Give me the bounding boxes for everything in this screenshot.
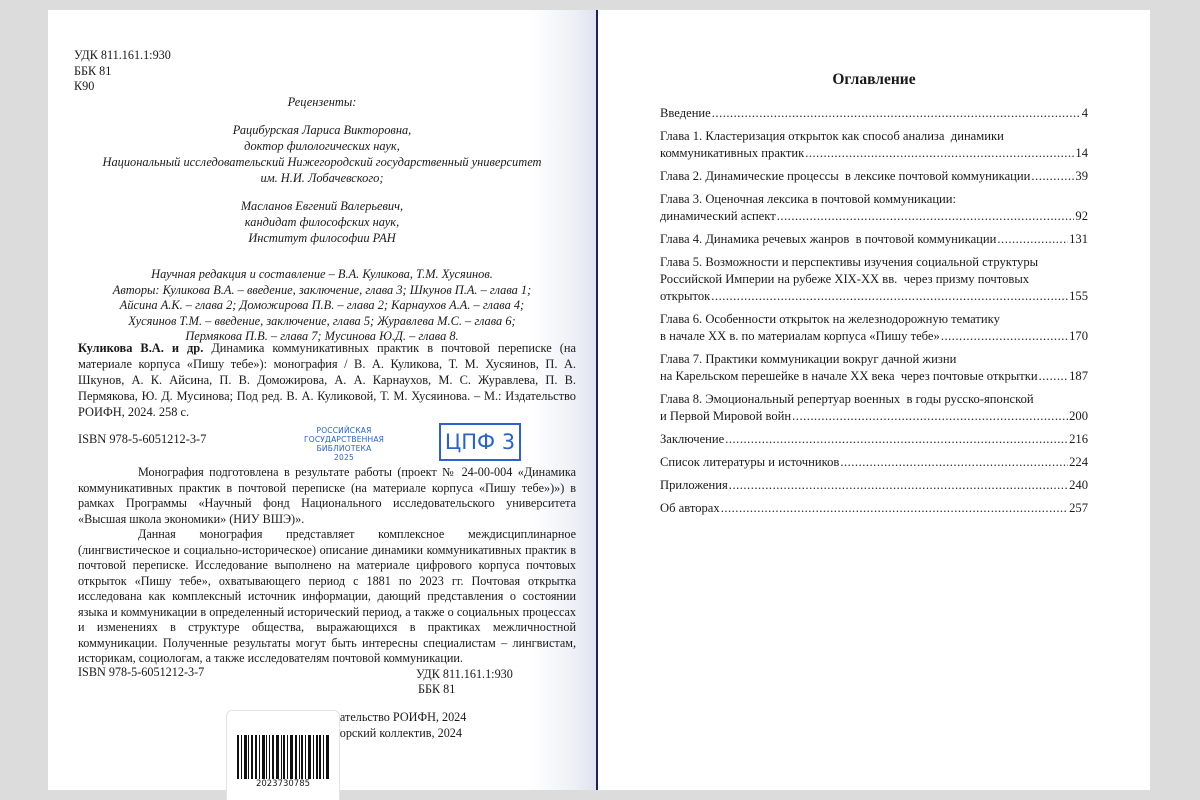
toc-entry[interactable]: Список литературы и источников224 xyxy=(660,454,1088,471)
toc-leader-dots xyxy=(729,477,1068,494)
biblio-authors: Куликова В.А. и др. xyxy=(78,341,203,355)
toc-entry[interactable]: Приложения240 xyxy=(660,477,1088,494)
reviewer-2-name: Масланов Евгений Валерьевич, xyxy=(48,198,596,214)
toc-leader-dots xyxy=(1031,168,1074,185)
footer-codes: УДК 811.161.1:930 ББК 81 xyxy=(416,667,513,697)
barcode-sticker: 2023730785 xyxy=(226,710,340,800)
toc-page-number: 216 xyxy=(1069,431,1088,448)
toc-entry[interactable]: Введение4 xyxy=(660,105,1088,122)
toc-entry-title-line: Глава 3. Оценочная лексика в почтовой ко… xyxy=(660,191,1088,208)
toc-entry-title: динамический аспект xyxy=(660,208,776,225)
toc-entry[interactable]: Об авторах257 xyxy=(660,500,1088,517)
toc-entry[interactable]: Глава 1. Кластеризация открыток как спос… xyxy=(660,128,1088,162)
credits-line: Хусяинов Т.М. – введение, заключение, гл… xyxy=(48,314,596,330)
toc-leader-dots xyxy=(711,288,1068,305)
isbn: ISBN 978-5-6051212-3-7 xyxy=(78,432,206,446)
toc-leader-dots xyxy=(840,454,1068,471)
annotation: Монография подготовлена в результате раб… xyxy=(78,465,576,667)
barcode-icon xyxy=(237,735,329,779)
toc-page-number: 155 xyxy=(1069,288,1088,305)
toc-entry[interactable]: Глава 7. Практики коммуникации вокруг да… xyxy=(660,351,1088,385)
toc-leader-dots xyxy=(777,208,1075,225)
toc-entry-title: Приложения xyxy=(660,477,728,494)
toc-leader-dots xyxy=(792,408,1068,425)
stamp-year: 2025 xyxy=(298,453,390,462)
reviewer-1-org: Национальный исследовательский Нижегород… xyxy=(48,154,596,170)
left-page-copyright: УДК 811.161.1:930 ББК 81 К90 Рецензенты:… xyxy=(48,10,596,790)
toc-entry-title: Об авторах xyxy=(660,500,720,517)
toc-page-number: 170 xyxy=(1069,328,1088,345)
stamp-line: БИБЛИОТЕКА xyxy=(298,444,390,453)
toc-leader-dots xyxy=(725,431,1068,448)
reviewer-1-degree: доктор филологических наук, xyxy=(48,138,596,154)
reviewer-2-degree: кандидат философских наук, xyxy=(48,214,596,230)
toc-leader-dots xyxy=(997,231,1068,248)
toc-page-number: 187 xyxy=(1069,368,1088,385)
toc-page-number: 131 xyxy=(1069,231,1088,248)
barcode-number: 2023730785 xyxy=(227,779,339,789)
toc-entry-title: на Карельском перешейке в начале XX века… xyxy=(660,368,1038,385)
bbk-code: ББК 81 xyxy=(74,64,171,80)
reviewer-2: Масланов Евгений Валерьевич, кандидат фи… xyxy=(48,198,596,246)
reviewer-1-org-cont: им. Н.И. Лобачевского; xyxy=(48,170,596,186)
table-of-contents: Введение4Глава 1. Кластеризация открыток… xyxy=(660,105,1088,523)
reviewer-1: Рацибурская Лариса Викторовна, доктор фи… xyxy=(48,122,596,186)
footer-udk: УДК 811.161.1:930 xyxy=(416,667,513,682)
classification-codes: УДК 811.161.1:930 ББК 81 К90 xyxy=(74,48,171,95)
authors-credits: Научная редакция и составление – В.А. Ку… xyxy=(48,267,596,345)
footer-bbk: ББК 81 xyxy=(416,682,513,697)
toc-page-number: 92 xyxy=(1075,208,1088,225)
toc-leader-dots xyxy=(712,105,1081,122)
toc-entry-title-line: Глава 7. Практики коммуникации вокруг да… xyxy=(660,351,1088,368)
toc-entry-title-line: Глава 8. Эмоциональный репертуар военных… xyxy=(660,391,1088,408)
toc-page-number: 39 xyxy=(1075,168,1088,185)
toc-entry-title: Заключение xyxy=(660,431,724,448)
toc-entry-title-line: Глава 5. Возможности и перспективы изуче… xyxy=(660,254,1088,271)
toc-title: Оглавление xyxy=(598,71,1150,89)
toc-entry-title: в начале XX в. по материалам корпуса «Пи… xyxy=(660,328,940,345)
toc-entry-title-line: Глава 6. Особенности открыток на железно… xyxy=(660,311,1088,328)
right-page-contents: Оглавление Введение4Глава 1. Кластеризац… xyxy=(598,10,1150,790)
toc-entry[interactable]: Заключение216 xyxy=(660,431,1088,448)
toc-entry[interactable]: Глава 6. Особенности открыток на железно… xyxy=(660,311,1088,345)
toc-entry-title: Глава 4. Динамика речевых жанров в почто… xyxy=(660,231,996,248)
footer-isbn: ISBN 978-5-6051212-3-7 xyxy=(78,665,204,679)
toc-entry-title: Глава 2. Динамические процессы в лексике… xyxy=(660,168,1030,185)
stamp-line: ГОСУДАРСТВЕННАЯ xyxy=(298,435,390,444)
toc-entry[interactable]: Глава 5. Возможности и перспективы изуче… xyxy=(660,254,1088,305)
annotation-funding: Монография подготовлена в результате раб… xyxy=(78,465,576,527)
cpf-stamp: ЦПФ 3 xyxy=(439,423,521,461)
toc-leader-dots xyxy=(805,145,1074,162)
toc-entry-title: открыток xyxy=(660,288,710,305)
toc-entry-title: Список литературы и источников xyxy=(660,454,839,471)
credits-line: Авторы: Куликова В.А. – введение, заключ… xyxy=(48,283,596,299)
library-stamp: РОССИЙСКАЯ ГОСУДАРСТВЕННАЯ БИБЛИОТЕКА 20… xyxy=(298,426,390,462)
toc-leader-dots xyxy=(941,328,1068,345)
reviewer-2-org: Институт философии РАН xyxy=(48,230,596,246)
toc-leader-dots xyxy=(1039,368,1068,385)
toc-entry[interactable]: Глава 2. Динамические процессы в лексике… xyxy=(660,168,1088,185)
stamp-line: РОССИЙСКАЯ xyxy=(298,426,390,435)
reviewer-1-name: Рацибурская Лариса Викторовна, xyxy=(48,122,596,138)
reviewers-heading: Рецензенты: xyxy=(48,94,596,110)
annotation-abstract: Данная монография представляет комплексн… xyxy=(78,527,576,667)
toc-entry-title-line: Российской Империи на рубеже XIX-XX вв. … xyxy=(660,271,1088,288)
bibliographic-record: Куликова В.А. и др. Динамика коммуникати… xyxy=(78,340,576,420)
toc-entry[interactable]: Глава 8. Эмоциональный репертуар военных… xyxy=(660,391,1088,425)
credits-line: Айсина А.К. – глава 2; Доможирова П.В. –… xyxy=(48,298,596,314)
udk-code: УДК 811.161.1:930 xyxy=(74,48,171,64)
toc-entry[interactable]: Глава 4. Динамика речевых жанров в почто… xyxy=(660,231,1088,248)
toc-page-number: 224 xyxy=(1069,454,1088,471)
toc-page-number: 240 xyxy=(1069,477,1088,494)
credits-line: Научная редакция и составление – В.А. Ку… xyxy=(48,267,596,283)
toc-page-number: 257 xyxy=(1069,500,1088,517)
toc-page-number: 200 xyxy=(1069,408,1088,425)
toc-entry-title: коммуникативных практик xyxy=(660,145,804,162)
author-mark: К90 xyxy=(74,79,171,95)
toc-page-number: 4 xyxy=(1082,105,1088,122)
toc-entry-title: Введение xyxy=(660,105,711,122)
toc-leader-dots xyxy=(721,500,1068,517)
toc-entry-title: и Первой Мировой войн xyxy=(660,408,791,425)
toc-entry[interactable]: Глава 3. Оценочная лексика в почтовой ко… xyxy=(660,191,1088,225)
toc-entry-title-line: Глава 1. Кластеризация открыток как спос… xyxy=(660,128,1088,145)
toc-page-number: 14 xyxy=(1075,145,1088,162)
